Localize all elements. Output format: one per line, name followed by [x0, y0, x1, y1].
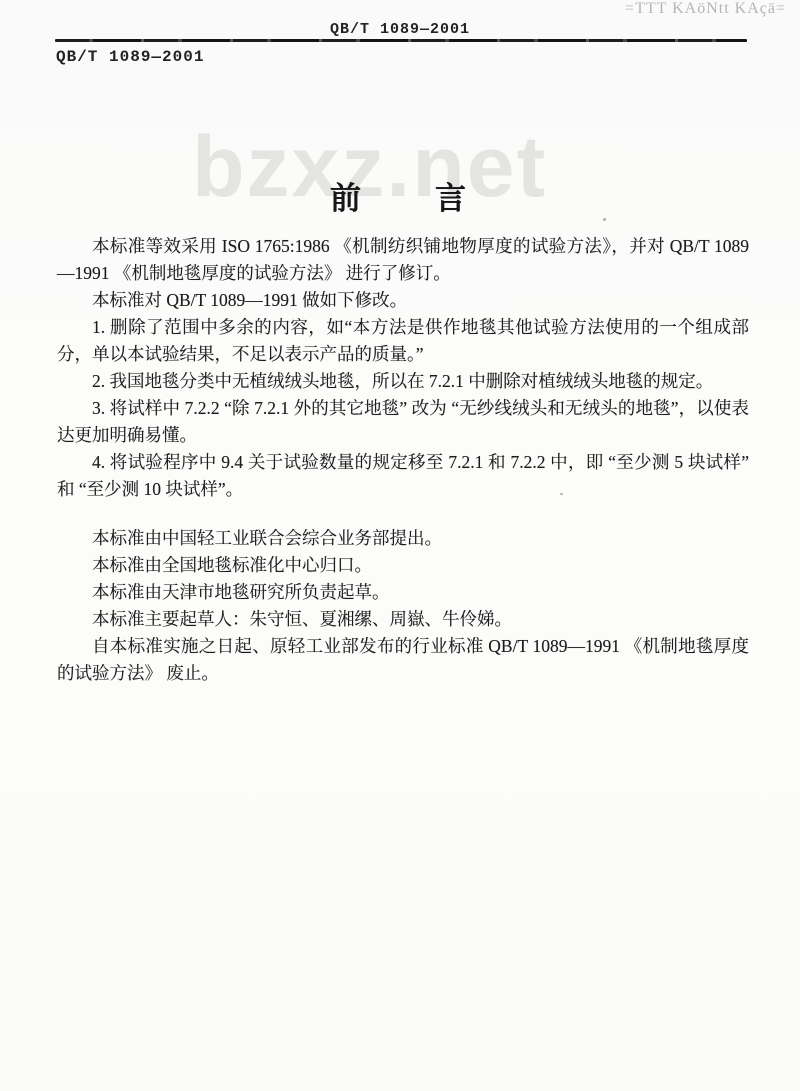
standard-number-header-left: QB/T 1089—2001 [56, 48, 204, 66]
paragraph-change-2: 2. 我国地毯分类中无植绒绒头地毯，所以在 7.2.1 中删除对植绒绒头地毯的规… [57, 368, 749, 395]
scan-speck [603, 218, 606, 221]
paragraph-drafted-by: 本标准由天津市地毯研究所负责起草。 [57, 579, 749, 606]
paragraph-revision-note: 本标准对 QB/T 1089—1991 做如下修改。 [57, 287, 749, 314]
scanned-document-page: =TTT KAöNtt KAçä= QB/T 1089—2001 QB/T 10… [0, 0, 800, 1091]
header-divider-rule [55, 39, 747, 42]
page-title-foreword: 前 言 [0, 173, 800, 218]
foreword-body: 本标准等效采用 ISO 1765:1986 《机制纺织铺地物厚度的试验方法》，并… [57, 233, 749, 687]
paragraph-change-1: 1. 删除了范围中多余的内容，如“本方法是供作地毯其他试验方法使用的一个组成部分… [57, 314, 749, 368]
paragraph-centralized-by: 本标准由全国地毯标准化中心归口。 [57, 552, 749, 579]
paragraph-proposed-by: 本标准由中国轻工业联合会综合业务部提出。 [57, 525, 749, 552]
standard-number-header-center: QB/T 1089—2001 [0, 21, 800, 38]
paragraph-drafters: 本标准主要起草人：朱守恒、夏湘缧、周嶽、牛伶娣。 [57, 606, 749, 633]
scanner-corner-watermark: =TTT KAöNtt KAçä= [625, 0, 786, 18]
paragraph-change-4: 4. 将试验程序中 9.4 关于试验数量的规定移至 7.2.1 和 7.2.2 … [57, 449, 749, 503]
paragraph-supersession: 自本标准实施之日起、原轻工业部发布的行业标准 QB/T 1089—1991 《机… [57, 633, 749, 687]
paragraph-intro: 本标准等效采用 ISO 1765:1986 《机制纺织铺地物厚度的试验方法》，并… [57, 233, 749, 287]
paragraph-change-3: 3. 将试样中 7.2.2 “除 7.2.1 外的其它地毯” 改为 “无纱线绒头… [57, 395, 749, 449]
